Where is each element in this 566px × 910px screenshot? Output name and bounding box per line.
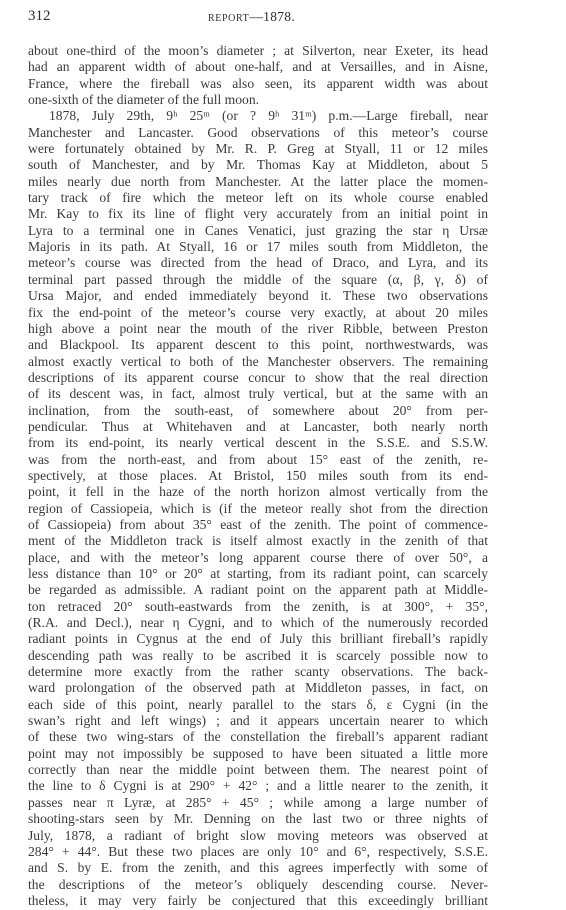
text-line: terminal part passed through the middle … xyxy=(28,272,488,288)
text-line: high above a point near the mouth of the… xyxy=(28,321,488,337)
text-line: be regarded as admissible. A radiant poi… xyxy=(28,582,488,598)
text-line: less distance than 10° or 20° at startin… xyxy=(28,566,488,582)
text-line: the line to δ Cygni is at 290° + 42° ; a… xyxy=(28,778,488,794)
text-line: swan’s right and left wings) ; and it ap… xyxy=(28,713,488,729)
text-line: theless, it may very fairly be conjectur… xyxy=(28,893,488,909)
running-head-title: REPORT xyxy=(208,13,249,24)
text-line: 1878, July 29th, 9ʰ 25ᵐ (or ? 9ʰ 31ᵐ) p.… xyxy=(28,108,488,124)
text-line: Manchester and Lancaster. Good observati… xyxy=(28,125,488,141)
text-line: from its end-point, its nearly vertical … xyxy=(28,435,488,451)
text-line: region of Cassiopeia, which is (if the m… xyxy=(28,501,488,517)
page-number: 312 xyxy=(28,8,51,25)
text-line: spectively, at those places. At Bristol,… xyxy=(28,468,488,484)
text-line: almost exactly vertical to both of the M… xyxy=(28,354,488,370)
text-line: south of Manchester, and by Mr. Thomas K… xyxy=(28,157,488,173)
text-line: fix the end-point of the meteor’s course… xyxy=(28,305,488,321)
body-text: about one-third of the moon’s diameter ;… xyxy=(28,43,488,909)
text-line: tary track of fire which the meteor left… xyxy=(28,190,488,206)
text-line: and Blackpool. Its apparent descent to t… xyxy=(28,337,488,353)
text-line: ward prolongation of the observed path a… xyxy=(28,680,488,696)
text-line: pendicular. Thus at Whitehaven and at La… xyxy=(28,419,488,435)
text-line: were fortunately obtained by Mr. R. P. G… xyxy=(28,141,488,157)
text-line: ment of the Middleton track is itself al… xyxy=(28,533,488,549)
text-line: radiant points in Cygnus at the end of J… xyxy=(28,631,488,647)
running-head-year: —1878. xyxy=(249,9,295,24)
text-line: was from the north-east, and from about … xyxy=(28,452,488,468)
text-line: descriptions of its apparent course conc… xyxy=(28,370,488,386)
text-line: one-sixth of the diameter of the full mo… xyxy=(28,92,488,108)
text-line: determine more exactly from the rather s… xyxy=(28,664,488,680)
running-head: REPORT—1878. xyxy=(208,9,295,25)
text-line: Majoris in its path. At Styall, 16 or 17… xyxy=(28,239,488,255)
text-line: each side of this point, nearly parallel… xyxy=(28,697,488,713)
text-line: of its descent was, in fact, almost trul… xyxy=(28,386,488,402)
page-header: 312 REPORT—1878. xyxy=(28,8,488,28)
text-line: miles nearly due north from Manchester. … xyxy=(28,174,488,190)
text-line: France, where the fireball was also seen… xyxy=(28,76,488,92)
text-line: point may not impossibly be supposed to … xyxy=(28,746,488,762)
text-line: Mr. Kay to fix its line of flight very a… xyxy=(28,206,488,222)
text-line: inclination, from the south-east, of som… xyxy=(28,403,488,419)
text-line: (R.A. and Decl.), near η Cygni, and to w… xyxy=(28,615,488,631)
text-line: passes near π Lyræ, at 285° + 45° ; whil… xyxy=(28,795,488,811)
text-line: ton retraced 20° south-eastwards from th… xyxy=(28,599,488,615)
text-line: shooting-stars seen by Mr. Denning on th… xyxy=(28,811,488,827)
text-line: of Cassiopeia) from about 35° east of th… xyxy=(28,517,488,533)
text-line: July, 1878, a radiant of bright slow mov… xyxy=(28,828,488,844)
text-line: and S. by E. from the zenith, and this a… xyxy=(28,860,488,876)
text-line: point, it fell in the haze of the north … xyxy=(28,484,488,500)
text-line: place, and with the meteor’s long appare… xyxy=(28,550,488,566)
text-line: descending path was really to be ascribe… xyxy=(28,648,488,664)
text-line: of these two wing-stars of the constella… xyxy=(28,729,488,745)
text-line: about one-third of the moon’s diameter ;… xyxy=(28,43,488,59)
text-line: correctly than near the middle point bet… xyxy=(28,762,488,778)
text-line: meteor’s course was directed from the he… xyxy=(28,255,488,271)
text-line: Lyra to a terminal one in Canes Venatici… xyxy=(28,223,488,239)
text-line: had an apparent width of about one-half,… xyxy=(28,59,488,75)
text-line: Ursa Major, and ended immediately beyond… xyxy=(28,288,488,304)
text-line: 284° + 44°. But these two places are onl… xyxy=(28,844,488,860)
text-line: the descriptions of the meteor’s oblique… xyxy=(28,877,488,893)
